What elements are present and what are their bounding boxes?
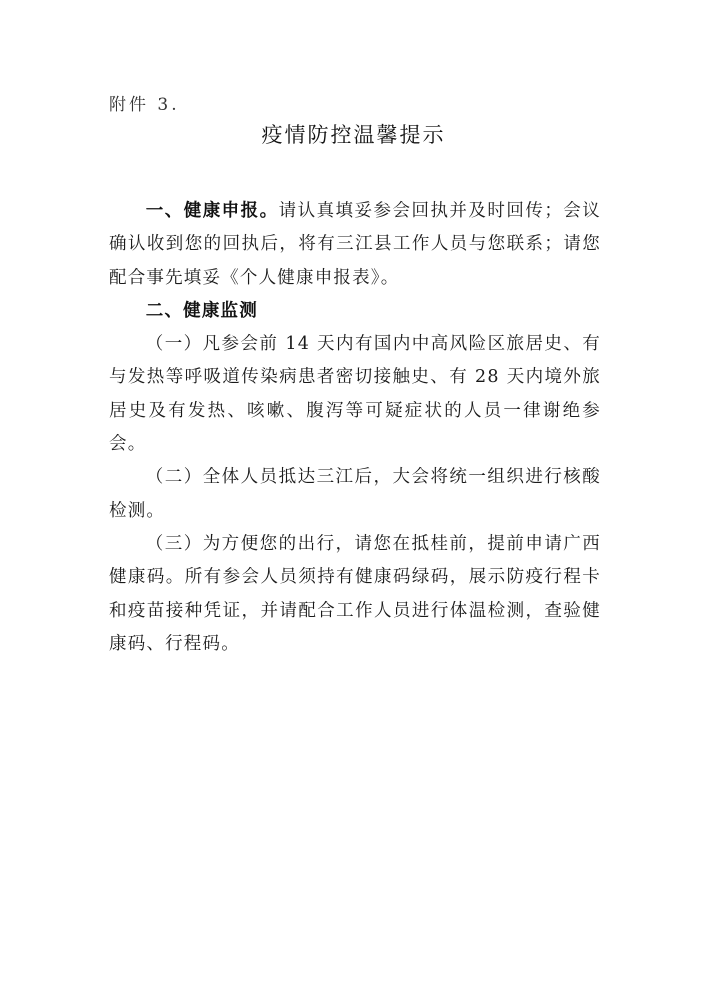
monitoring-item-3: （三）为方便您的出行，请您在抵桂前，提前申请广西健康码。所有参会人员须持有健康码… — [109, 528, 601, 661]
section-health-monitoring: 二、健康监测 — [109, 295, 601, 328]
section-heading-1: 一、健康申报。 — [146, 201, 279, 221]
section-heading-2: 二、健康监测 — [146, 301, 258, 321]
document-title: 疫情防控温馨提示 — [0, 119, 707, 149]
monitoring-item-1: （一）凡参会前 14 天内有国内中高风险区旅居史、有与发热等呼吸道传染病患者密切… — [109, 328, 601, 461]
document-body: 一、健康申报。请认真填妥参会回执并及时回传；会议确认收到您的回执后，将有三江县工… — [109, 195, 601, 661]
monitoring-item-2: （二）全体人员抵达三江后，大会将统一组织进行核酸检测。 — [109, 461, 601, 528]
attachment-label: 附件 3. — [109, 90, 180, 115]
section-health-declaration: 一、健康申报。请认真填妥参会回执并及时回传；会议确认收到您的回执后，将有三江县工… — [109, 195, 601, 295]
document-page: 附件 3. 疫情防控温馨提示 一、健康申报。请认真填妥参会回执并及时回传；会议确… — [0, 0, 707, 1000]
